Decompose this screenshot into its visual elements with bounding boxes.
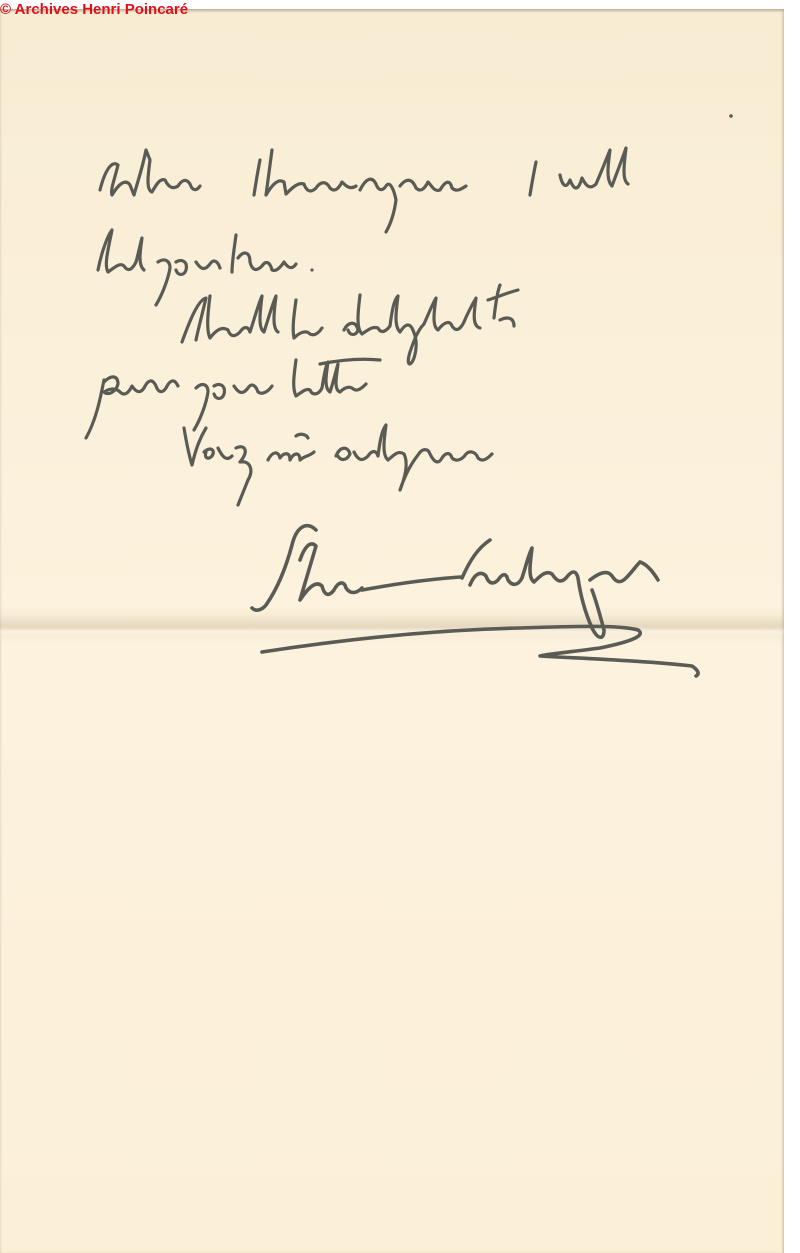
handwritten-line-3 [182, 285, 518, 364]
handwriting-ink [0, 0, 800, 1253]
handwritten-line-1 [100, 114, 733, 232]
copyright-watermark: © Archives Henri Poincaré [0, 0, 188, 20]
handwritten-line-5 [184, 425, 492, 505]
handwritten-line-4 [86, 359, 380, 438]
signature [252, 526, 698, 676]
handwritten-line-2 [98, 230, 314, 305]
